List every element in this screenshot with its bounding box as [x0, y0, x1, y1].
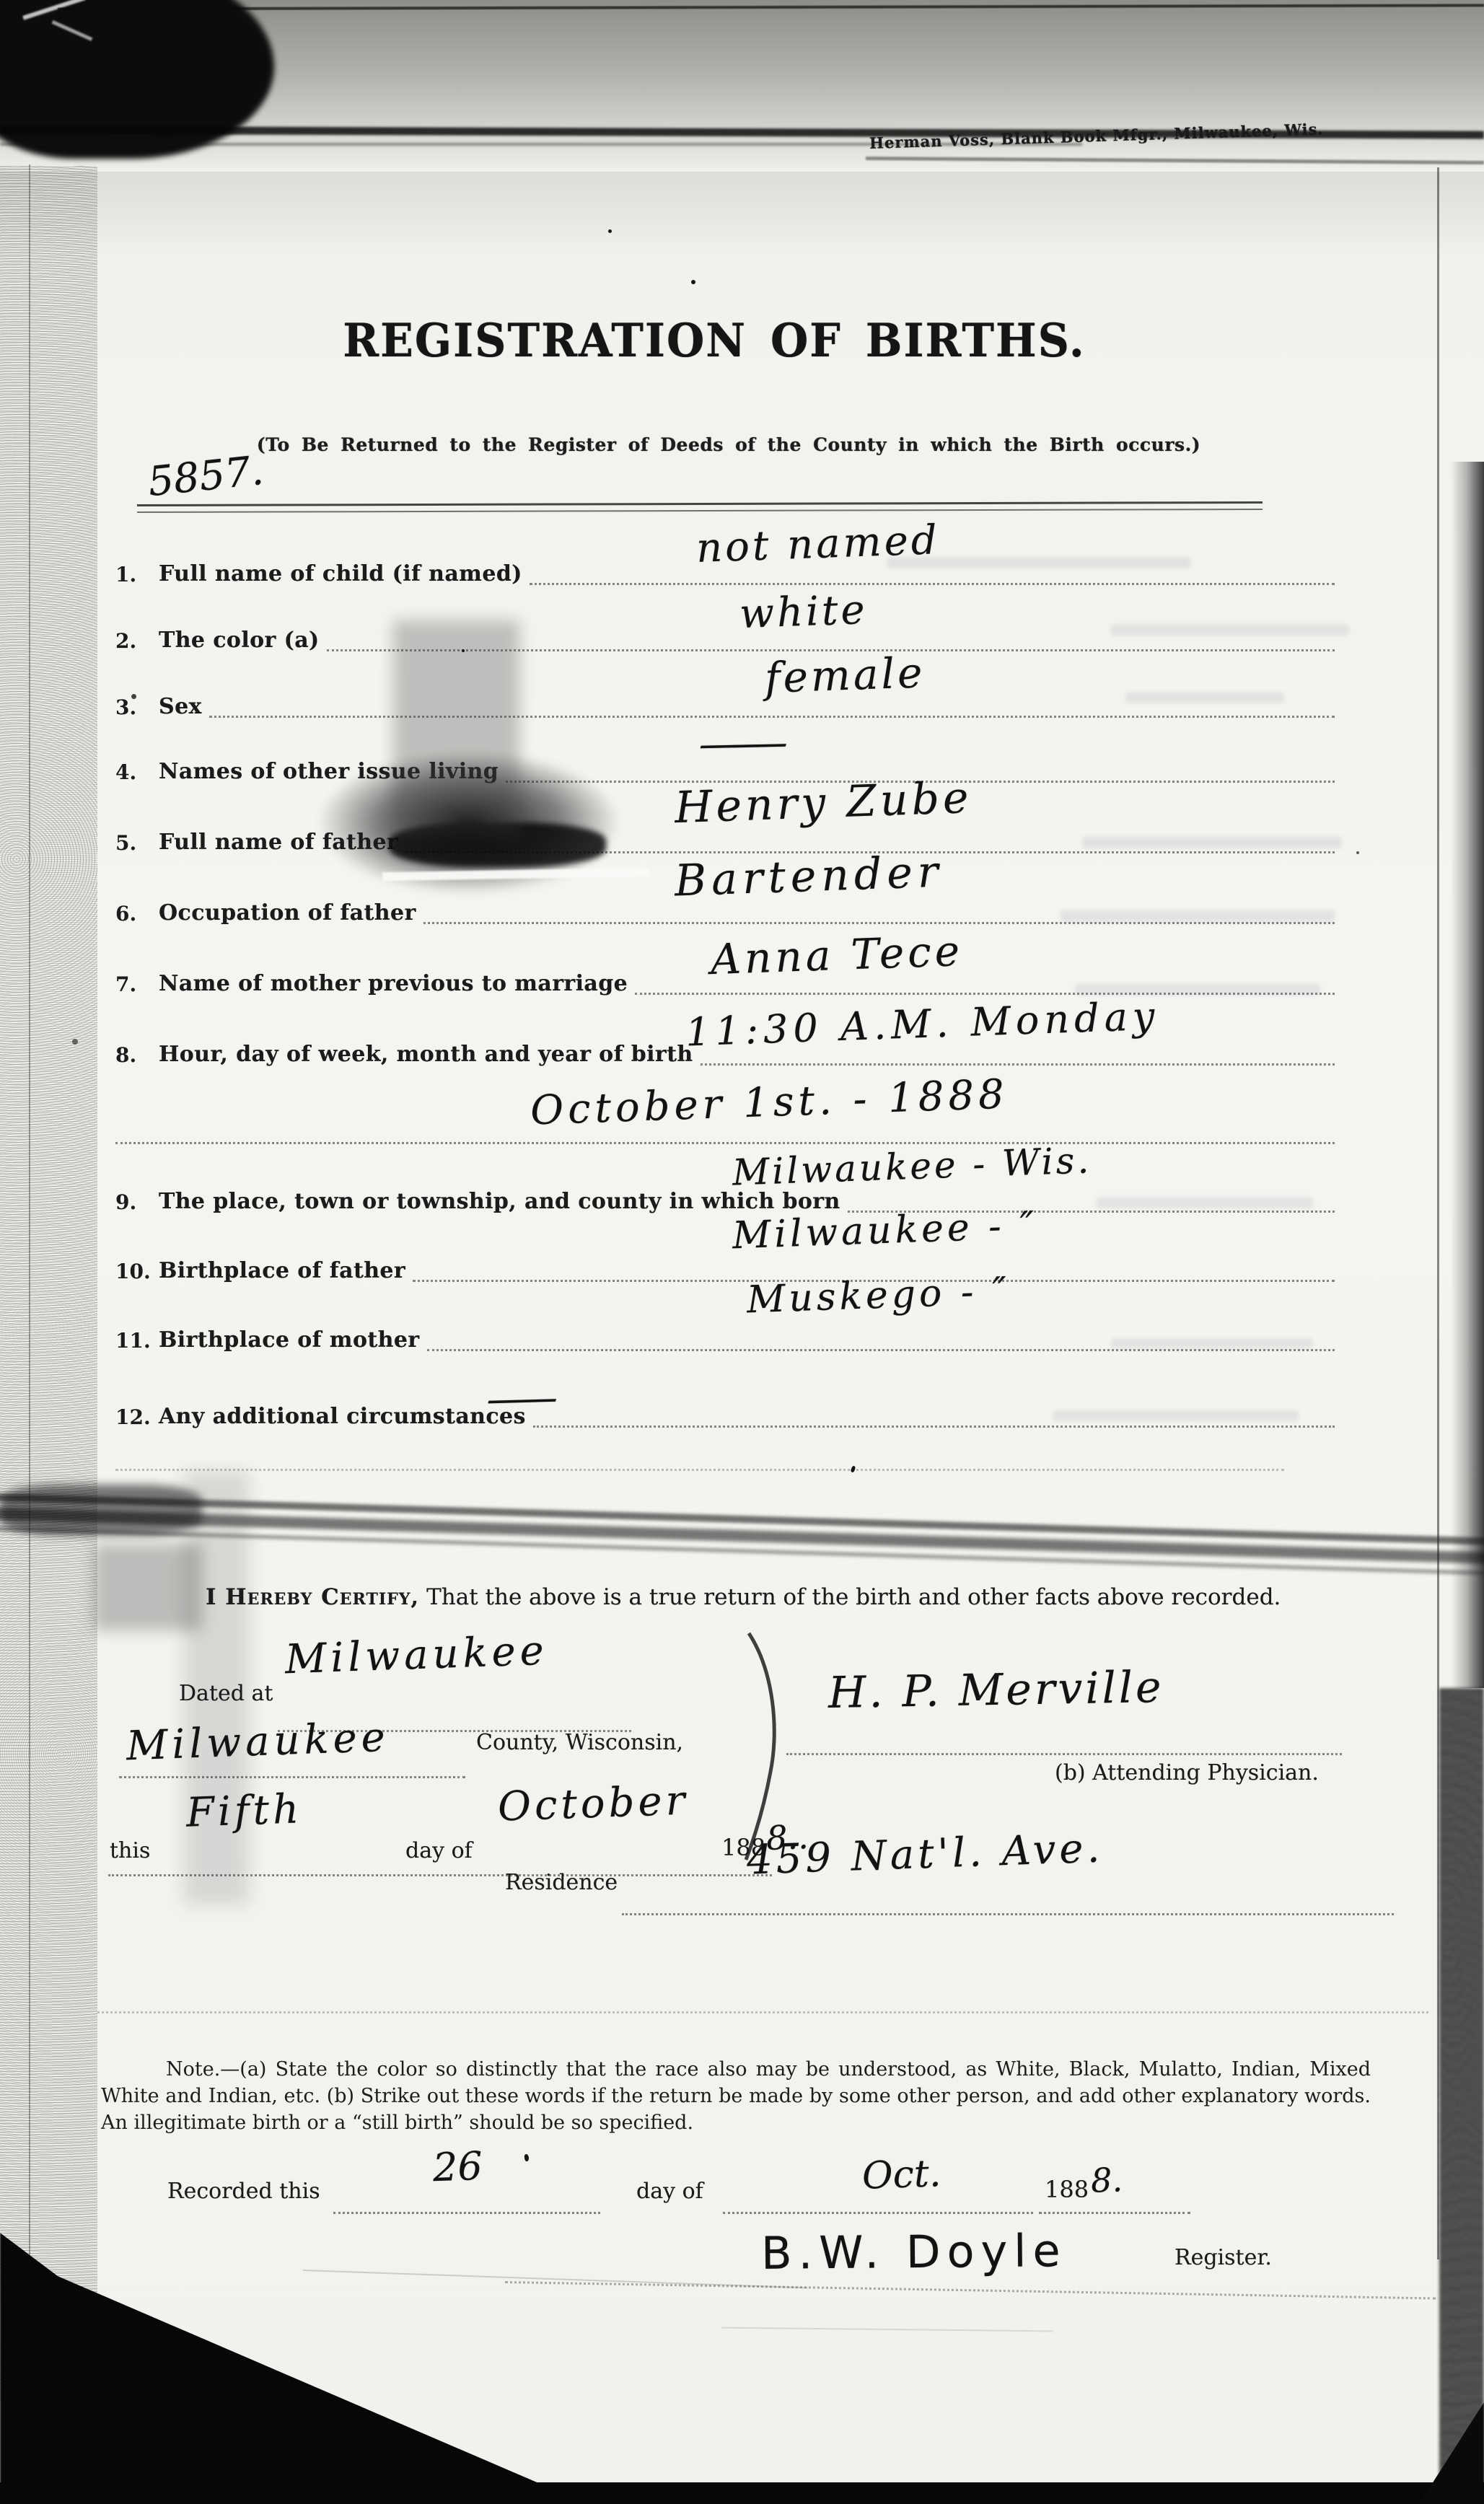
dotted-line [108, 1874, 772, 1876]
recorded-this-label: Recorded this [167, 2179, 320, 2204]
field-label: Birthplace of father [159, 1258, 405, 1283]
speck [608, 229, 612, 233]
field-number: 8. [115, 1043, 159, 1067]
recorded-day-of-label: day of [636, 2179, 703, 2204]
speck [691, 280, 695, 284]
page-subtitle: (To Be Returned to the Register of Deeds… [216, 434, 1241, 455]
dotted-leader [530, 583, 1335, 585]
field-number: 12. [115, 1405, 159, 1429]
answer-sex: female [764, 648, 926, 703]
field-label: Occupation of father [159, 900, 416, 926]
field-number: 11. [115, 1329, 159, 1353]
bleed-through-artifact [1082, 837, 1342, 848]
dotted-line [1039, 2212, 1190, 2214]
recorded-year-printed: 188 [1045, 2176, 1089, 2203]
speck [131, 694, 136, 699]
answer-birth-place: Milwaukee - Wis. [732, 1139, 1092, 1193]
answer-mother-name: Anna Tece [710, 926, 964, 984]
certification-lead: I Hereby Certify, [206, 1584, 419, 1610]
field-number: 6. [115, 902, 159, 926]
bleed-through-artifact [1097, 1198, 1313, 1208]
form-row-10: 10. Birthplace of father [115, 1258, 1335, 1283]
dotted-leader [427, 1349, 1335, 1351]
dotted-line [333, 2212, 600, 2214]
answer-mother-birthplace: Muskego - ″ [746, 1270, 1011, 1322]
page-title: REGISTRATION OF BIRTHS. [310, 315, 1118, 368]
signature-line-2 [303, 2270, 808, 2288]
bleed-through-artifact [1111, 1338, 1313, 1348]
scan-bottom-strip [0, 2482, 1484, 2504]
dotted-leader [701, 1063, 1335, 1066]
recorded-year-written: 8. [1090, 2160, 1123, 2200]
certification-text: That the above is a true return of the b… [426, 1584, 1281, 1610]
field-label: Full name of child (if named) [159, 561, 522, 587]
answer-additional: — [483, 1374, 561, 1422]
answer-color: white [739, 587, 869, 638]
physician-signature: H. P. Merville [827, 1662, 1164, 1718]
right-edge-noise [1451, 462, 1484, 1688]
answer-father-occupation: Bartender [674, 847, 944, 907]
dotted-leader [533, 1425, 1335, 1428]
dotted-leader [209, 716, 1335, 718]
answer-other-issue: — [693, 719, 792, 767]
answer-father-name: Henry Zube [674, 773, 973, 833]
bleed-through-artifact [887, 557, 1190, 568]
dotted-line-blank [97, 2011, 1428, 2013]
signature-line [505, 2281, 1436, 2300]
bleed-through-artifact [1075, 984, 1320, 995]
certification-statement: I Hereby Certify, That the above is a tr… [206, 1584, 1281, 1610]
stray-line [721, 2327, 1053, 2332]
speck [462, 649, 465, 652]
attending-physician-label: (b) Attending Physician. [1055, 1760, 1319, 1785]
speck [72, 1039, 78, 1045]
field-number: 9. [115, 1190, 159, 1214]
day-value: Fifth [185, 1785, 303, 1837]
dated-at-label: Dated at [179, 1681, 273, 1706]
field-label: Birthplace of mother [159, 1327, 420, 1353]
month-value: October [497, 1777, 689, 1830]
this-label: this [110, 1838, 150, 1863]
dotted-line [622, 1913, 1394, 1915]
field-number: 7. [115, 972, 159, 996]
field-label: Name of mother previous to marriage [159, 971, 628, 996]
field-label: Hour, day of week, month and year of bir… [159, 1042, 693, 1067]
dotted-line-row8-continuation [115, 1142, 1335, 1144]
bleed-through-artifact [1061, 910, 1335, 922]
bleed-through-artifact [1111, 625, 1349, 636]
birth-registration-scan: Herman Voss, Blank Book Mfgr., Milwaukee… [0, 0, 1484, 2504]
dotted-line [119, 1776, 465, 1778]
scan-noise-fade [0, 172, 1484, 258]
dotted-line [786, 1753, 1342, 1755]
field-label: Sex [159, 694, 202, 719]
field-number: 1. [115, 563, 159, 587]
dated-at-place: Milwaukee [284, 1627, 549, 1684]
field-number: 5. [115, 831, 159, 855]
residence-label: Residence [505, 1870, 618, 1895]
record-number: 5857. [146, 447, 265, 506]
margin-smudge-2 [94, 1544, 202, 1630]
fold-crease-clump [0, 1485, 202, 1535]
left-margin-noise [0, 166, 97, 2402]
field-number: 10. [115, 1260, 159, 1283]
recorded-month-value: Oct. [861, 2152, 941, 2198]
field-number: 3. [115, 695, 159, 719]
bleed-through-artifact [1053, 1410, 1299, 1421]
county-value: Milwaukee [126, 1714, 390, 1770]
field-number: 4. [115, 760, 159, 784]
header-rule [137, 501, 1263, 513]
speck [524, 2153, 530, 2161]
dotted-line-blank [115, 1469, 1284, 1471]
register-label: Register. [1175, 2245, 1272, 2270]
register-signature: B.W. Doyle [761, 2224, 1067, 2280]
ink-smudge-column [393, 620, 519, 837]
answer-birth-date: October 1st. - 1888 [530, 1071, 1009, 1134]
dotted-leader [423, 922, 1335, 924]
dotted-line [723, 2212, 1033, 2214]
field-label: The color (a) [159, 628, 320, 653]
day-of-label: day of [405, 1838, 473, 1863]
field-number: 2. [115, 629, 159, 653]
field-label: Any additional circumstances [159, 1404, 526, 1429]
county-label: County, Wisconsin, [476, 1730, 683, 1755]
bleed-through-artifact [1125, 693, 1284, 703]
recorded-day-value: 26 [432, 2143, 483, 2190]
speck [1356, 851, 1359, 854]
right-edge-noise-lower [1439, 1688, 1484, 2489]
footnote: Note.—(a) State the color so distinctly … [101, 2056, 1371, 2136]
